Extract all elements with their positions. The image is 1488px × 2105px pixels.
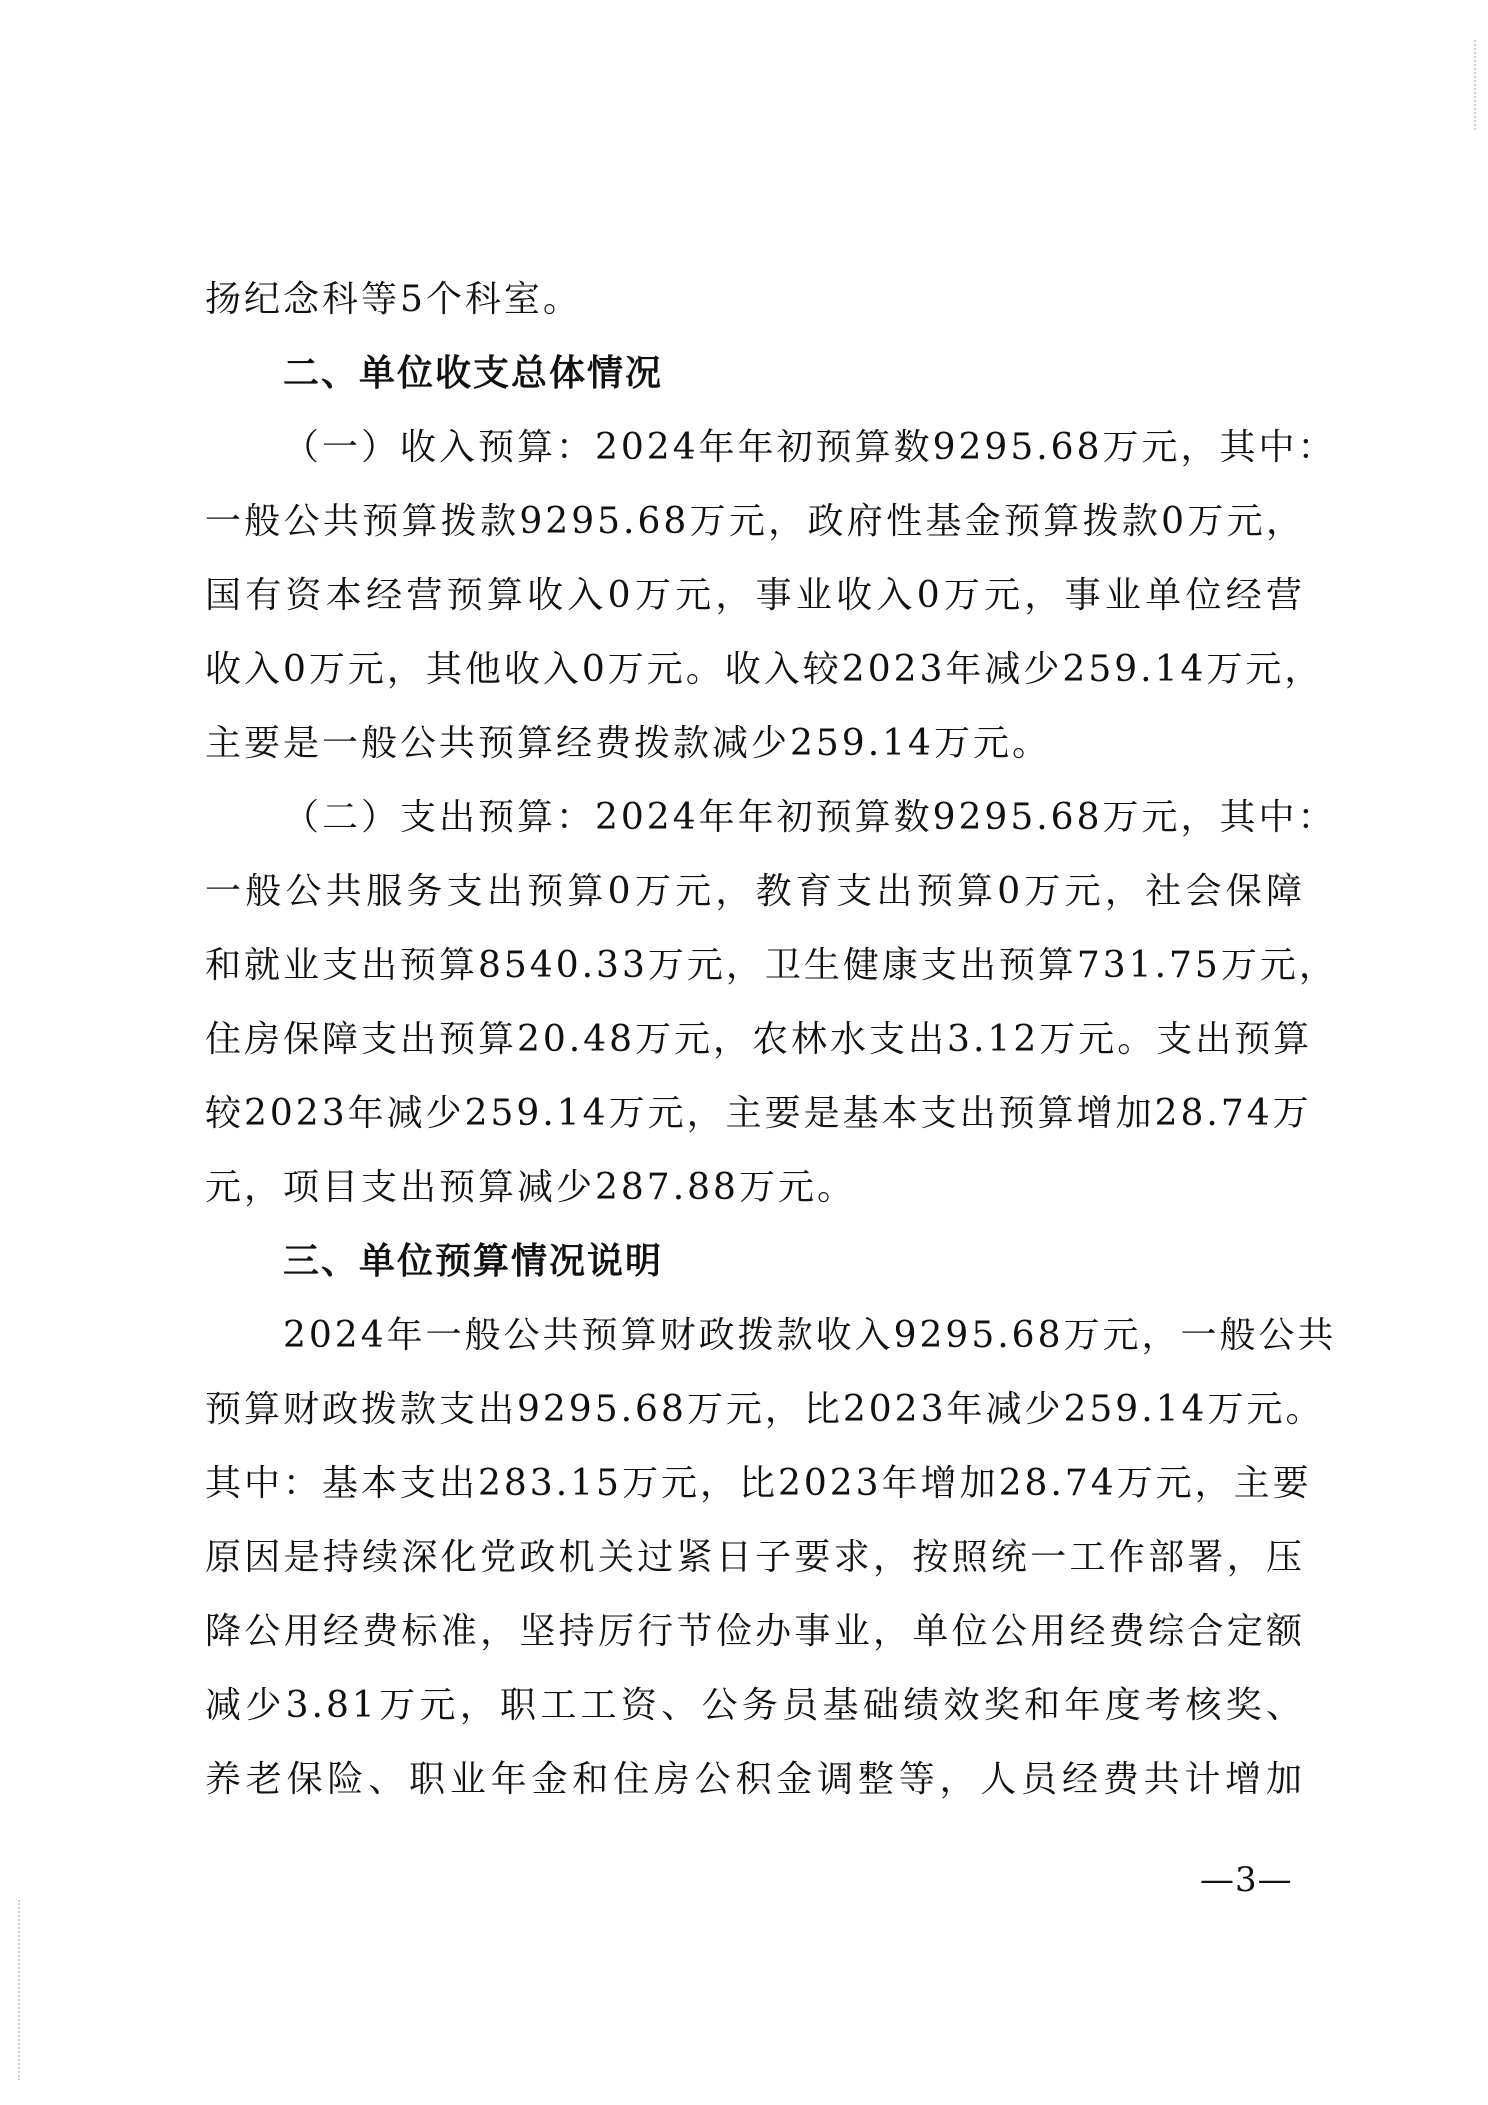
body-text-line: 降公用经费标准，坚持厉行节俭办事业，单位公用经费综合定额 bbox=[205, 1595, 1305, 1669]
body-text-line: 国有资本经营预算收入0万元，事业收入0万元，事业单位经营 bbox=[205, 559, 1305, 633]
page-number: —3— bbox=[1200, 1858, 1293, 1902]
body-text-line: 原因是持续深化党政机关过紧日子要求，按照统一工作部署，压 bbox=[205, 1521, 1305, 1595]
body-text-line: 一般公共预算拨款9295.68万元，政府性基金预算拨款0万元， bbox=[205, 485, 1305, 559]
body-text-line: 住房保障支出预算20.48万元，农林水支出3.12万元。支出预算 bbox=[205, 1003, 1305, 1077]
scan-edge-mark bbox=[1474, 40, 1478, 130]
body-text-line: 一般公共服务支出预算0万元，教育支出预算0万元，社会保障 bbox=[205, 855, 1305, 929]
income-budget-paragraph-line: （一）收入预算：2024年年初预算数9295.68万元，其中： bbox=[283, 411, 1305, 485]
body-text-line: 养老保险、职业年金和住房公积金调整等，人员经费共计增加 bbox=[205, 1743, 1305, 1817]
body-text-line: 减少3.81万元，职工工资、公务员基础绩效奖和年度考核奖、 bbox=[205, 1669, 1305, 1743]
body-text-line: 较2023年减少259.14万元，主要是基本支出预算增加28.74万 bbox=[205, 1077, 1305, 1151]
section-heading-3: 三、单位预算情况说明 bbox=[283, 1225, 1305, 1299]
section-heading-2: 二、单位收支总体情况 bbox=[283, 337, 1305, 411]
body-text-line: 收入0万元，其他收入0万元。收入较2023年减少259.14万元， bbox=[205, 633, 1305, 707]
budget-explanation-paragraph-line: 2024年一般公共预算财政拨款收入9295.68万元，一般公共 bbox=[283, 1299, 1305, 1373]
body-text-line: 和就业支出预算8540.33万元，卫生健康支出预算731.75万元， bbox=[205, 929, 1305, 1003]
body-text-line: 元，项目支出预算减少287.88万元。 bbox=[205, 1151, 1305, 1225]
document-page: 扬纪念科等5个科室。 二、单位收支总体情况 （一）收入预算：2024年年初预算数… bbox=[0, 0, 1488, 2105]
body-text-line: 预算财政拨款支出9295.68万元，比2023年减少259.14万元。 bbox=[205, 1373, 1305, 1447]
body-text-line: 扬纪念科等5个科室。 bbox=[205, 263, 1305, 337]
body-text-line: 其中：基本支出283.15万元，比2023年增加28.74万元，主要 bbox=[205, 1447, 1305, 1521]
body-text-line: 主要是一般公共预算经费拨款减少259.14万元。 bbox=[205, 707, 1305, 781]
expenditure-budget-paragraph-line: （二）支出预算：2024年年初预算数9295.68万元，其中： bbox=[283, 781, 1305, 855]
scan-edge-mark bbox=[18, 1900, 22, 2080]
